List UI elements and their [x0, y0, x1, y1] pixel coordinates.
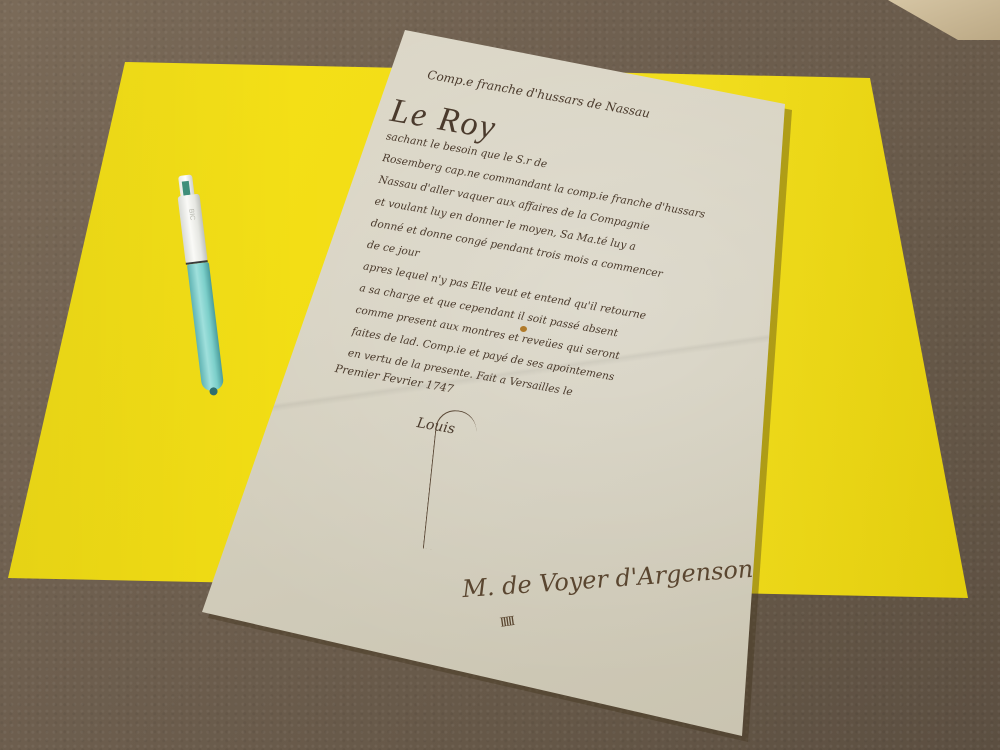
- pen-upper-barrel: BIC: [178, 194, 208, 264]
- paraphe-mark: IIIII: [499, 614, 514, 632]
- paper-stain: [520, 326, 527, 332]
- pen-tip: [209, 387, 218, 396]
- pen-brand-label: BIC: [187, 208, 195, 220]
- wooden-floor: [860, 0, 1000, 40]
